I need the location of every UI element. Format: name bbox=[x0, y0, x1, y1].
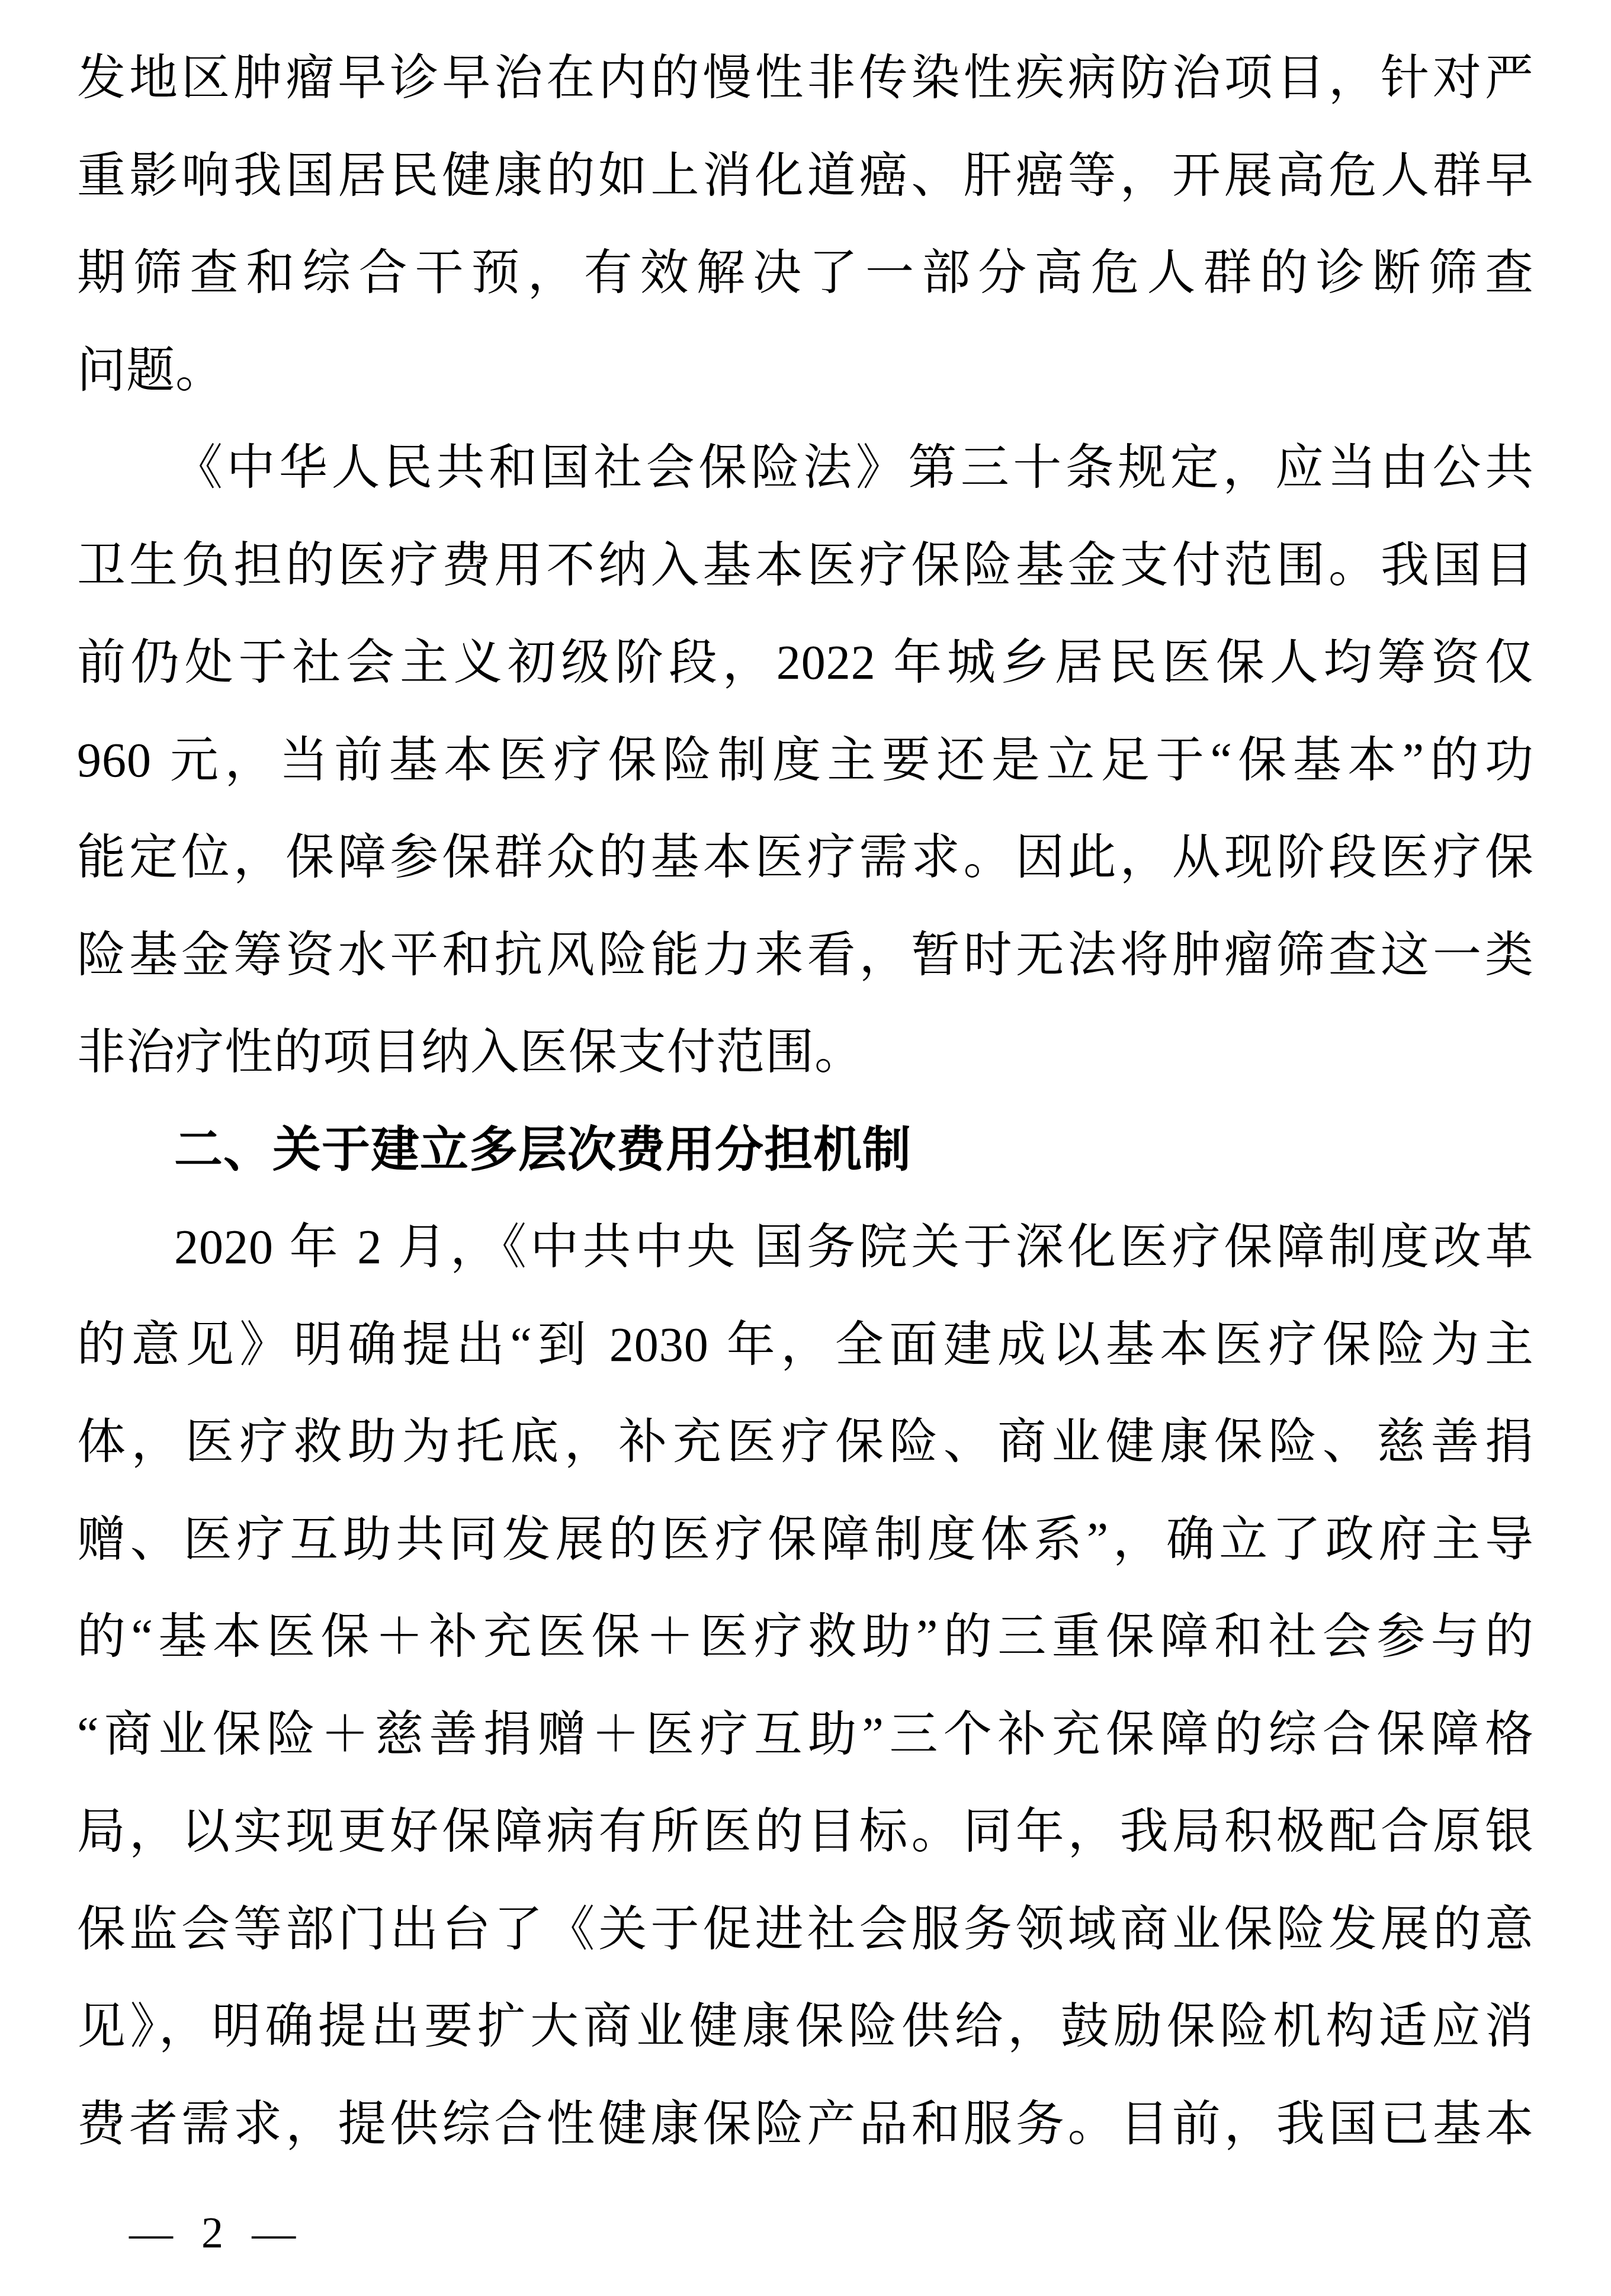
text-line: 发地区肿瘤早诊早治在内的慢性非传染性疾病防治项目，针对严 bbox=[77, 30, 1534, 127]
text-line: 局，以实现更好保障病有所医的目标。同年，我局积极配合原银 bbox=[77, 1783, 1534, 1881]
text-line: “商业保险＋慈善捐赠＋医疗互助”三个补充保障的综合保障格 bbox=[77, 1686, 1534, 1784]
text-line: 的意见》明确提出“到 2030 年，全面建成以基本医疗保险为主 bbox=[77, 1296, 1534, 1394]
text-line: 见》，明确提出要扩大商业健康保险供给，鼓励保险机构适应消 bbox=[77, 1978, 1534, 2076]
text-line: 《中华人民共和国社会保险法》第三十条规定，应当由公共 bbox=[77, 419, 1534, 517]
text-line: 险基金筹资水平和抗风险能力来看，暂时无法将肿瘤筛查这一类 bbox=[77, 907, 1534, 1004]
text-line: 卫生负担的医疗费用不纳入基本医疗保险基金支付范围。我国目 bbox=[77, 517, 1534, 615]
text-line: 960 元，当前基本医疗保险制度主要还是立足于“保基本”的功 bbox=[77, 712, 1534, 810]
text-line: 重影响我国居民健康的如上消化道癌、肝癌等，开展高危人群早 bbox=[77, 127, 1534, 225]
text-line: 前仍处于社会主义初级阶段，2022 年城乡居民医保人均筹资仅 bbox=[77, 614, 1534, 712]
page-footer: — 2 — bbox=[129, 2195, 296, 2272]
text-line: 2020 年 2 月，《中共中央 国务院关于深化医疗保障制度改革 bbox=[77, 1199, 1534, 1296]
document-page: 发地区肿瘤早诊早治在内的慢性非传染性疾病防治项目，针对严重影响我国居民健康的如上… bbox=[0, 0, 1611, 2296]
text-line: 的“基本医保＋补充医保＋医疗救助”的三重保障和社会参与的 bbox=[77, 1588, 1534, 1686]
text-line: 保监会等部门出台了《关于促进社会服务领域商业保险发展的意 bbox=[77, 1881, 1534, 1979]
text-line: 能定位，保障参保群众的基本医疗需求。因此，从现阶段医疗保 bbox=[77, 809, 1534, 907]
section-heading: 二、关于建立多层次费用分担机制 bbox=[77, 1102, 1534, 1199]
text-line: 费者需求，提供综合性健康保险产品和服务。目前，我国已基本 bbox=[77, 2076, 1534, 2173]
page-body: 发地区肿瘤早诊早治在内的慢性非传染性疾病防治项目，针对严重影响我国居民健康的如上… bbox=[77, 30, 1534, 2173]
text-line: 期筛查和综合干预，有效解决了一部分高危人群的诊断筛查 bbox=[77, 224, 1534, 322]
page-number: — 2 — bbox=[129, 2209, 296, 2258]
text-line: 非治疗性的项目纳入医保支付范围。 bbox=[77, 1004, 1534, 1102]
text-line: 体，医疗救助为托底，补充医疗保险、商业健康保险、慈善捐 bbox=[77, 1393, 1534, 1491]
text-line: 赠、医疗互助共同发展的医疗保障制度体系”，确立了政府主导 bbox=[77, 1491, 1534, 1589]
text-line: 问题。 bbox=[77, 322, 1534, 420]
